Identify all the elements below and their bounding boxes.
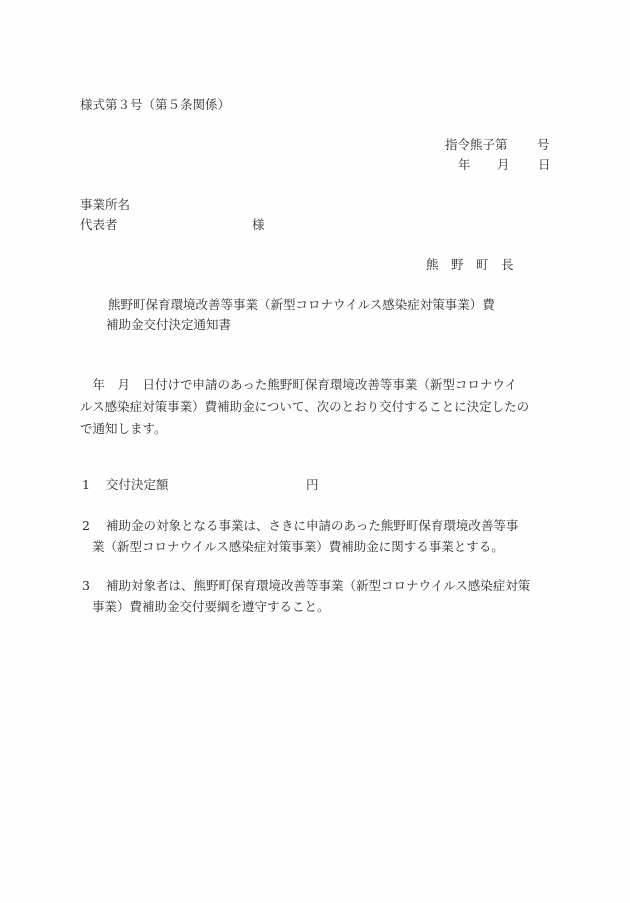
reference-number-prefix: 指令熊子第 (445, 137, 508, 153)
item-line-1: 補助金の対象となる事業は、さきに申請のあった熊野町保育環境改善等事 (106, 518, 518, 534)
body-line-1: 年 月 日付けで申請のあった熊野町保育環境改善等事業（新型コロナウイ (80, 377, 517, 393)
issuer: 熊 野 町 長 (426, 257, 514, 273)
item-line-2: 業（新型コロナウイルス感染症対策事業）費補助金に関する事業とする。 (92, 539, 504, 555)
body-line-2: ルス感染症対策事業）費補助金について、次のとおり交付することに決定したの (80, 399, 529, 415)
item-unit: 円 (306, 477, 319, 493)
body-line-3: で通知します。 (80, 421, 167, 437)
item-number: 2 (82, 518, 90, 534)
representative-label: 代表者 (80, 217, 118, 233)
title-line-1: 熊野町保育環境改善等事業（新型コロナウイルス感染症対策事業）費 (108, 297, 495, 313)
reference-number-suffix: 号 (537, 137, 550, 153)
item-number: 3 (82, 578, 90, 594)
honorific: 様 (252, 217, 265, 233)
office-name-label: 事業所名 (80, 197, 130, 213)
date-day: 日 (538, 157, 551, 173)
item-line-1: 補助対象者は、熊野町保育環境改善等事業（新型コロナウイルス感染症対策 (106, 578, 530, 594)
date-year: 年 (458, 157, 471, 173)
title-line-2: 補助金交付決定通知書 (106, 317, 231, 333)
item-line-2: 事業）費補助金交付要綱を遵守すること。 (92, 599, 330, 615)
date-month: 月 (497, 157, 510, 173)
item-number: 1 (82, 477, 90, 493)
item-label: 交付決定額 (106, 477, 169, 493)
form-label: 様式第３号（第５条関係） (80, 97, 230, 113)
